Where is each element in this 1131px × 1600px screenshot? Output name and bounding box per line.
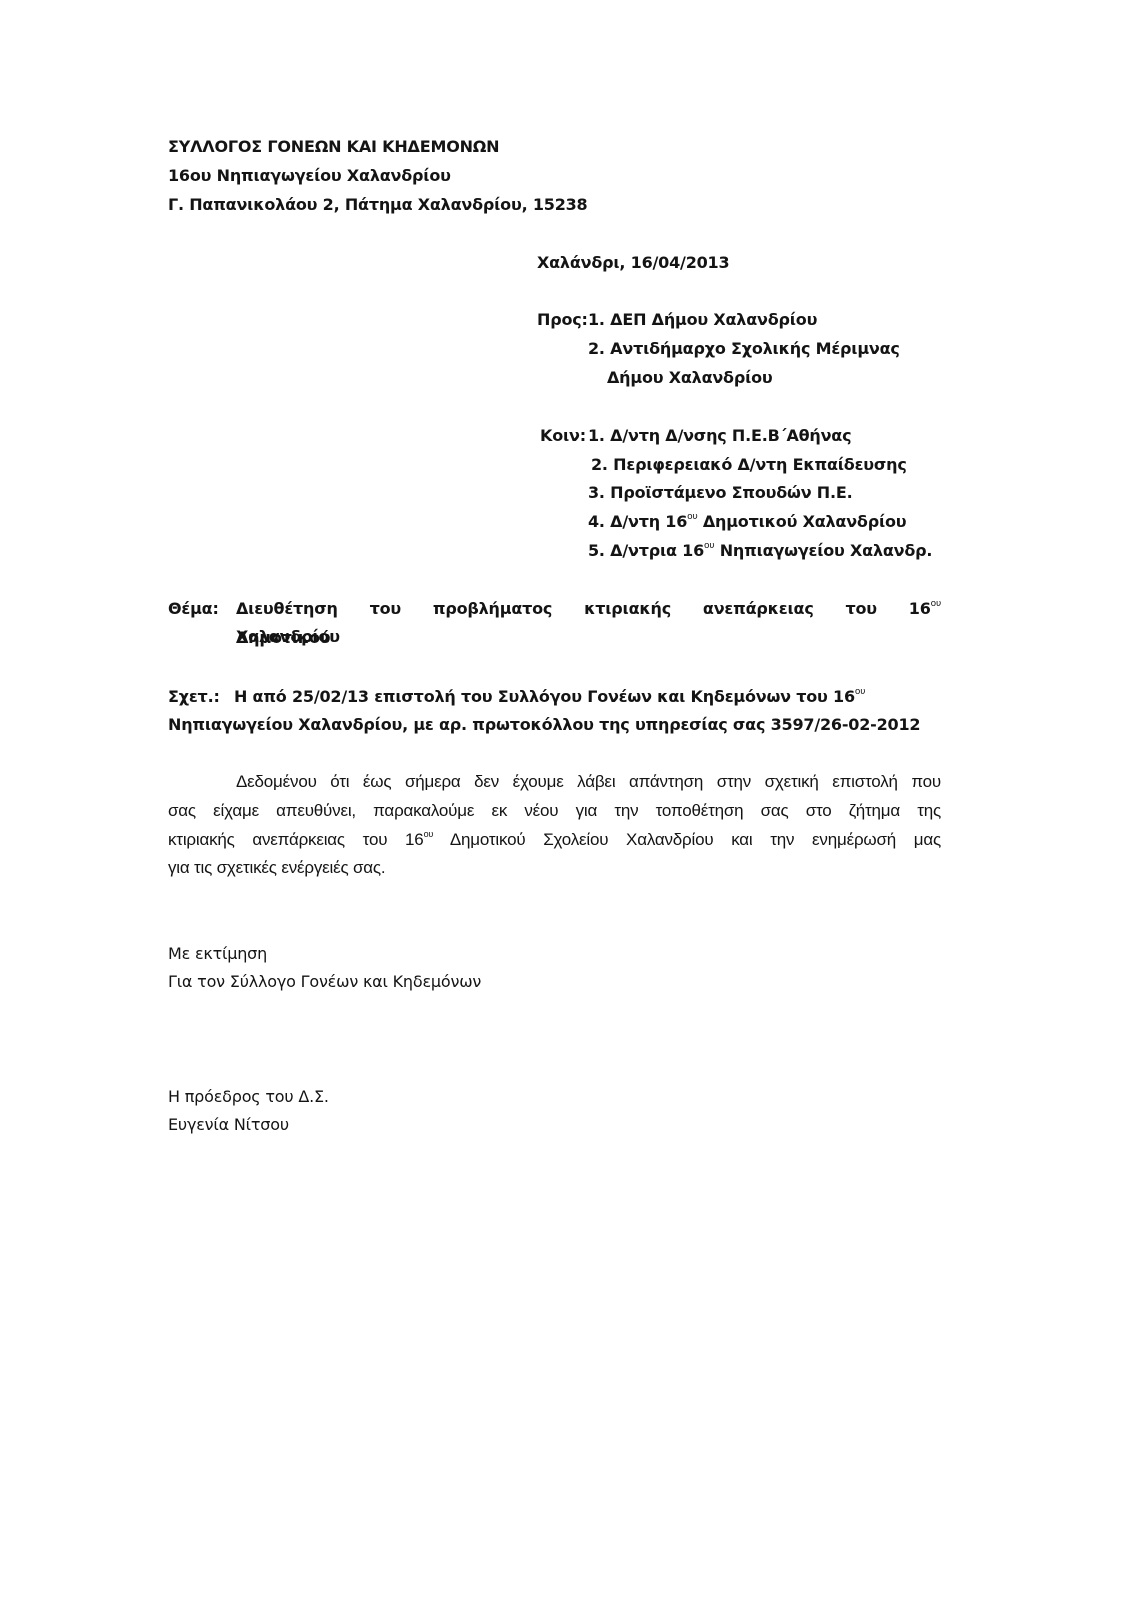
cc-item-text: Δημοτικού Χαλανδρίου <box>697 512 906 531</box>
closing-greeting: Με εκτίμηση <box>168 939 267 968</box>
cc-item: 4. Δ/ντη 16ου Δημοτικού Χαλανδρίου <box>588 507 906 536</box>
recipients-label: Προς: <box>537 305 588 334</box>
body-line: σας είχαμε απευθύνει, παρακαλούμε εκ νέο… <box>168 796 941 825</box>
body-text: κτιριακής ανεπάρκειας του 16 <box>168 830 424 849</box>
subject-label: Θέμα: <box>168 594 219 623</box>
subject-line: Διευθέτηση του προβλήματος κτιριακής ανε… <box>236 594 941 652</box>
reference-text: Η από 25/02/13 επιστολή του Συλλόγου Γον… <box>234 687 855 706</box>
cc-item: 2. Περιφερειακό Δ/ντη Εκπαίδευσης <box>591 450 907 479</box>
recipient-item: 2. Αντιδήμαρχο Σχολικής Μέριμνας <box>588 334 900 363</box>
letter-page: ΣΥΛΛΟΓΟΣ ΓΟΝΕΩΝ ΚΑΙ ΚΗΔΕΜΟΝΩΝ 16ου Νηπια… <box>0 0 1131 1600</box>
subject-line-2: Χαλανδρίου <box>236 622 340 651</box>
cc-item-text: 5. Δ/ντρια 16 <box>588 541 704 560</box>
org-name: ΣΥΛΛΟΓΟΣ ΓΟΝΕΩΝ ΚΑΙ ΚΗΔΕΜΟΝΩΝ <box>168 132 499 161</box>
recipient-item-continuation: Δήμου Χαλανδρίου <box>607 363 773 392</box>
recipient-item: 1. ΔΕΠ Δήμου Χαλανδρίου <box>588 305 817 334</box>
date-line: Χαλάνδρι, 16/04/2013 <box>537 248 729 277</box>
reference-label: Σχετ.: <box>168 682 220 711</box>
subject-text: Διευθέτηση του προβλήματος κτιριακής ανε… <box>236 599 931 618</box>
ordinal-suffix: ου <box>855 687 865 697</box>
cc-item-text: Νηπιαγωγείου Χαλανδρ. <box>714 541 932 560</box>
body-line: Δεδομένου ότι έως σήμερα δεν έχουμε λάβε… <box>236 767 941 796</box>
closing-on-behalf: Για τον Σύλλογο Γονέων και Κηδεμόνων <box>168 967 481 996</box>
reference-line-2: Νηπιαγωγείου Χαλανδρίου, με αρ. πρωτοκόλ… <box>168 710 920 739</box>
ordinal-suffix: ου <box>424 829 434 839</box>
body-line: κτιριακής ανεπάρκειας του 16ου Δημοτικού… <box>168 825 941 854</box>
cc-item: 1. Δ/ντη Δ/νσης Π.Ε.Β΄Αθήνας <box>588 421 851 450</box>
body-text: Δημοτικού Σχολείου Χαλανδρίου και την εν… <box>433 830 941 849</box>
address: Γ. Παπανικολάου 2, Πάτημα Χαλανδρίου, 15… <box>168 190 588 219</box>
cc-label: Κοιν: <box>540 421 586 450</box>
school-name: 16ου Νηπιαγωγείου Χαλανδρίου <box>168 161 451 190</box>
cc-item: 3. Προϊστάμενο Σπουδών Π.Ε. <box>588 478 852 507</box>
ordinal-suffix: ου <box>687 512 697 522</box>
signatory-name: Ευγενία Νίτσου <box>168 1110 289 1139</box>
reference-line: Η από 25/02/13 επιστολή του Συλλόγου Γον… <box>234 682 865 711</box>
body-line: για τις σχετικές ενέργειές σας. <box>168 853 385 882</box>
cc-item-text: 4. Δ/ντη 16 <box>588 512 687 531</box>
ordinal-suffix: ου <box>704 541 714 551</box>
signatory-title: Η πρόεδρος του Δ.Σ. <box>168 1082 329 1111</box>
ordinal-suffix: ου <box>931 599 941 609</box>
cc-item: 5. Δ/ντρια 16ου Νηπιαγωγείου Χαλανδρ. <box>588 536 932 565</box>
